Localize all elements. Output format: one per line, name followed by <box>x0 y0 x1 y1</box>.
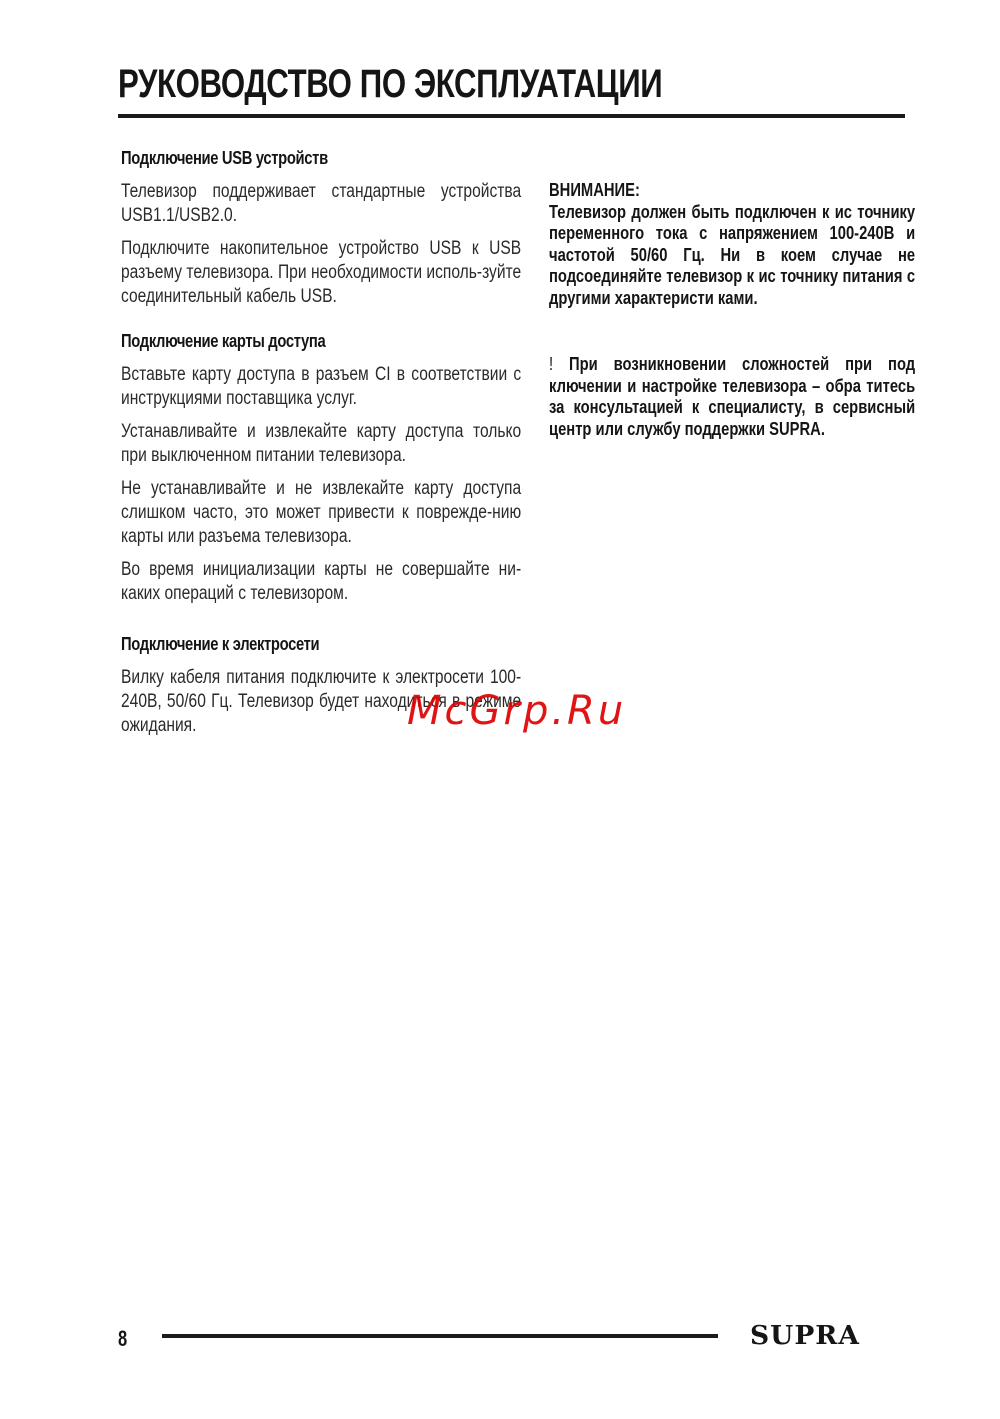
note-text: ! При возникновении сложностей при под к… <box>549 354 915 440</box>
right-column: ВНИМАНИЕ: Телевизор должен быть подключе… <box>549 180 915 440</box>
warning-heading: ВНИМАНИЕ: <box>549 180 915 202</box>
warning-block: ВНИМАНИЕ: Телевизор должен быть подключе… <box>549 180 915 309</box>
note-body: При возникновении сложностей при под клю… <box>549 354 915 439</box>
brand-logo: SUPRA <box>750 1321 860 1351</box>
section-heading-usb: Подключение USB устройств <box>121 146 521 170</box>
paragraph: Вставьте карту доступа в разъем CI в соо… <box>121 363 521 411</box>
note-block: ! При возникновении сложностей при под к… <box>549 354 915 440</box>
paragraph: Во время инициализации карты не совершай… <box>121 558 521 606</box>
footer-divider <box>162 1334 718 1338</box>
left-column: Подключение USB устройств Телевизор подд… <box>121 146 521 758</box>
warning-text: Телевизор должен быть подключен к ис точ… <box>549 202 915 310</box>
section-heading-power: Подключение к электросети <box>121 632 521 656</box>
page-number: 8 <box>118 1326 127 1352</box>
title-divider <box>118 114 905 118</box>
paragraph: Устанавливайте и извлекайте карту доступ… <box>121 420 521 468</box>
section-access-card: Подключение карты доступа Вставьте карту… <box>121 329 521 606</box>
paragraph: Телевизор поддерживает стандартные устро… <box>121 180 521 228</box>
watermark: McGrp.Ru <box>407 688 626 734</box>
page-title: РУКОВОДСТВО ПО ЭКСПЛУАТАЦИИ <box>118 62 662 106</box>
paragraph: Не устанавливайте и не извлекайте карту … <box>121 477 521 549</box>
section-usb: Подключение USB устройств Телевизор подд… <box>121 146 521 309</box>
section-heading-access-card: Подключение карты доступа <box>121 329 521 353</box>
exclamation-icon: ! <box>549 354 553 374</box>
paragraph: Подключите накопительное устройство USB … <box>121 237 521 309</box>
